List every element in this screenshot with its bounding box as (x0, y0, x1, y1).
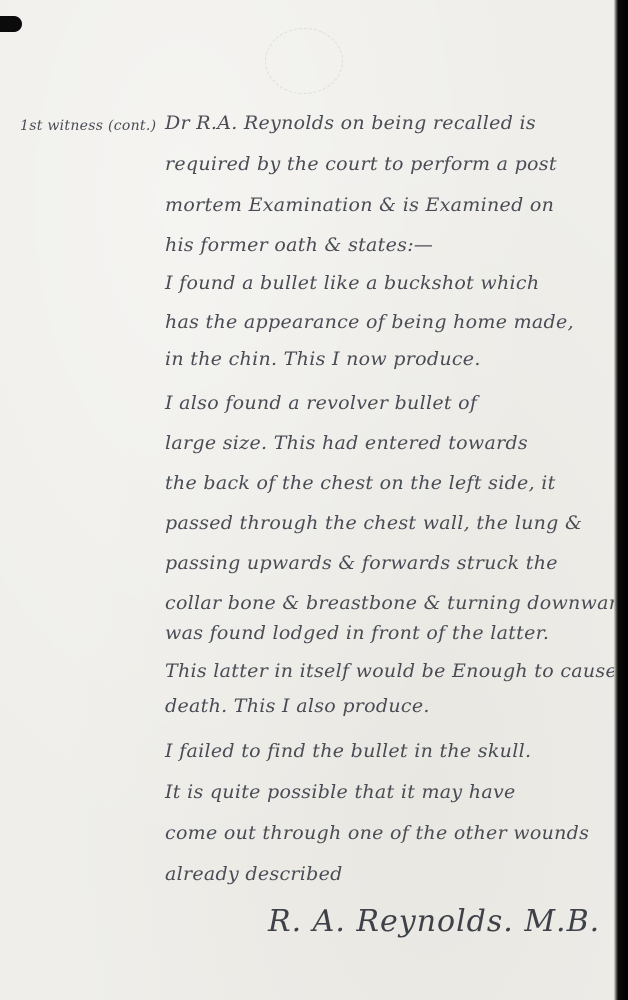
manuscript-page: 1st witness (cont.) Dr R.A. Reynolds on … (0, 0, 614, 1000)
text-line: I found a bullet like a buckshot which (165, 272, 539, 294)
text-line: I failed to find the bullet in the skull… (165, 740, 531, 762)
text-line: in the chin. This I now produce. (165, 348, 481, 370)
text-line: I also found a revolver bullet of (165, 392, 477, 414)
signature: R. A. Reynolds. M.B. (268, 904, 600, 939)
hole-punch-mark (0, 16, 22, 32)
text-line: death. This I also produce. (165, 695, 430, 717)
text-line: This latter in itself would be Enough to… (165, 660, 617, 682)
text-line: already described (165, 863, 343, 885)
text-line: passed through the chest wall, the lung … (165, 512, 582, 534)
text-line: collar bone & breastbone & turning downw… (165, 592, 628, 614)
text-line: It is quite possible that it may have (165, 781, 516, 803)
faint-stamp-mark (265, 28, 343, 94)
page-edge-shadow (614, 0, 628, 1000)
text-line: has the appearance of being home made, (165, 311, 574, 333)
text-line: his former oath & states:— (165, 234, 433, 256)
text-line: large size. This had entered towards (165, 432, 528, 454)
text-line: was found lodged in front of the latter. (165, 622, 549, 644)
text-line: the back of the chest on the left side, … (165, 472, 556, 494)
text-line: come out through one of the other wounds (165, 822, 589, 844)
text-line: required by the court to perform a post (165, 153, 557, 175)
text-line: Dr R.A. Reynolds on being recalled is (165, 112, 536, 134)
text-line: passing upwards & forwards struck the (165, 552, 558, 574)
text-line: mortem Examination & is Examined on (165, 194, 554, 216)
margin-note: 1st witness (cont.) (20, 118, 156, 134)
